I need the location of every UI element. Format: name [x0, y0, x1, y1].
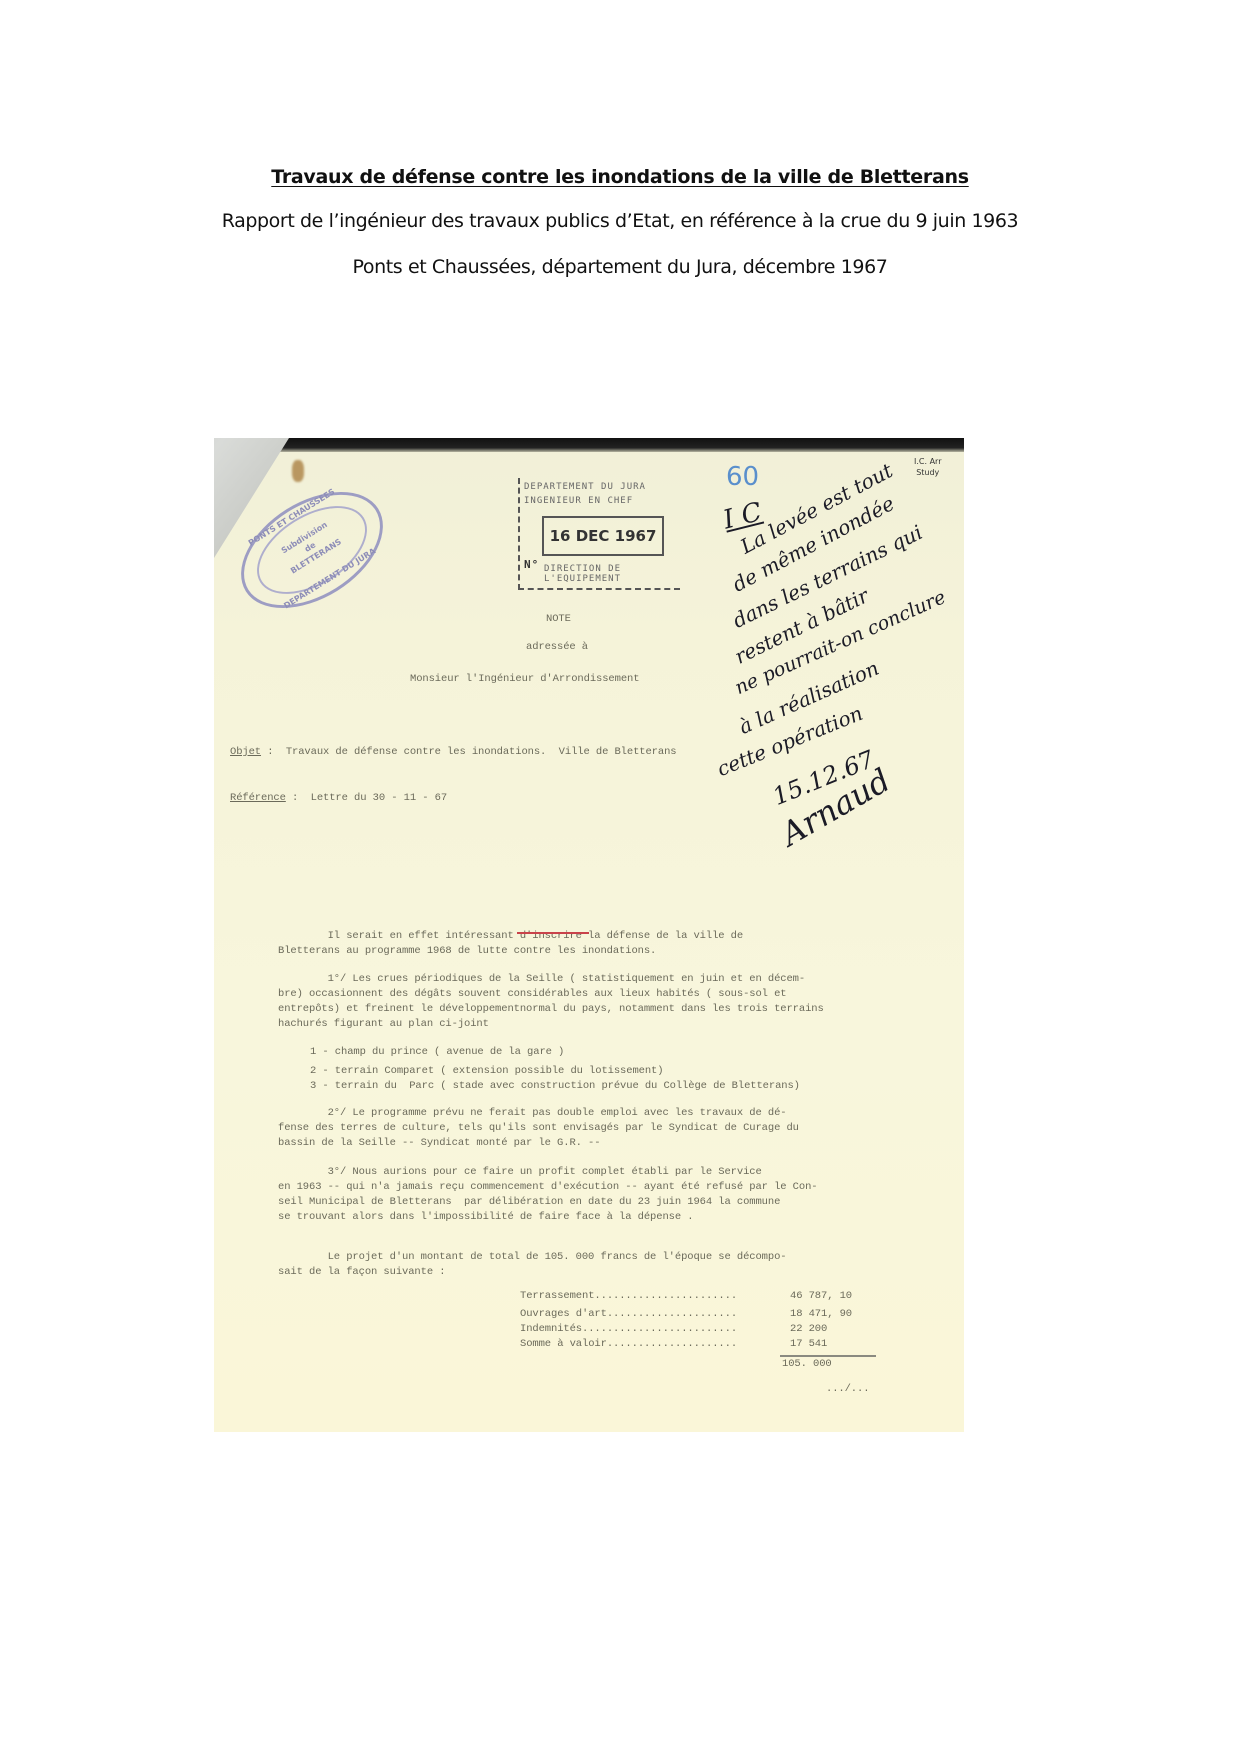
budget-value: 18 471, 90: [790, 1307, 852, 1322]
budget-value: 17 541: [790, 1337, 827, 1352]
continuation-mark: .../...: [826, 1382, 869, 1397]
blue-page-number: 60: [726, 462, 759, 492]
corner-annotation: I.C. Arr Study: [914, 456, 941, 478]
paragraph-line: 2°/ Le programme prévu ne ferait pas dou…: [278, 1106, 787, 1121]
list-item: 2 - terrain Comparet ( extension possibl…: [310, 1064, 663, 1079]
budget-value: 22 200: [790, 1322, 827, 1337]
budget-total: 105. 000: [782, 1357, 832, 1372]
date-received-stamp: DEPARTEMENT DU JURA INGENIEUR EN CHEF 16…: [518, 478, 680, 590]
paragraph-line: entrepôts) et freinent le développementn…: [278, 1002, 824, 1017]
paragraph-line: se trouvant alors dans l'impossibilité d…: [278, 1210, 693, 1225]
document-source-line: Ponts et Chaussées, département du Jura,…: [0, 256, 1240, 278]
paragraph-line: fense des terres de culture, tels qu'ils…: [278, 1121, 799, 1136]
budget-label: Ouvrages d'art.....................: [520, 1307, 737, 1322]
paragraph-line: Le projet d'un montant de total de 105. …: [278, 1250, 787, 1265]
budget-label: Terrassement.......................: [520, 1289, 737, 1304]
paragraph-line: hachurés figurant au plan ci-joint: [278, 1017, 489, 1032]
scanned-letter-image: PONTS ET CHAUSSEES Subdivision de BLETTE…: [214, 438, 964, 1432]
paragraph-line: seil Municipal de Bletterans par délibér…: [278, 1195, 780, 1210]
objet-line: Objet : Travaux de défense contre les in…: [230, 745, 677, 760]
addressed-to: adressée à: [526, 640, 588, 655]
stamp-date: 16 DEC 1967: [544, 518, 662, 554]
recipient: Monsieur l'Ingénieur d'Arrondissement: [410, 672, 639, 687]
paragraph-line: Il serait en effet intéressant d'inscrir…: [278, 929, 743, 944]
paragraph-line: 1°/ Les crues périodiques de la Seille (…: [278, 972, 805, 987]
paragraph-line: bassin de la Seille -- Syndicat monté pa…: [278, 1136, 600, 1151]
paragraph-line: Bletterans au programme 1968 de lutte co…: [278, 944, 656, 959]
reference-line: Référence : Lettre du 30 - 11 - 67: [230, 791, 447, 806]
scan-top-shadow: [214, 438, 964, 452]
list-item: 3 - terrain du Parc ( stade avec constru…: [310, 1079, 800, 1094]
paragraph-line: 3°/ Nous aurions pour ce faire un profit…: [278, 1165, 762, 1180]
paragraph-line: bre) occasionnent des dégâts souvent con…: [278, 987, 787, 1002]
budget-value: 46 787, 10: [790, 1289, 852, 1304]
list-item: 1 - champ du prince ( avenue de la gare …: [310, 1045, 564, 1060]
paragraph-line: sait de la façon suivante :: [278, 1265, 445, 1280]
document-subtitle: Rapport de l’ingénieur des travaux publi…: [0, 210, 1240, 232]
red-pen-underline: [517, 932, 589, 934]
rust-stain: [292, 460, 304, 482]
memo-heading: NOTE: [546, 612, 571, 627]
document-title: Travaux de défense contre les inondation…: [0, 166, 1240, 188]
paragraph-line: en 1963 -- qui n'a jamais reçu commencem…: [278, 1180, 818, 1195]
budget-label: Indemnités.........................: [520, 1322, 737, 1337]
budget-label: Somme à valoir.....................: [520, 1337, 737, 1352]
